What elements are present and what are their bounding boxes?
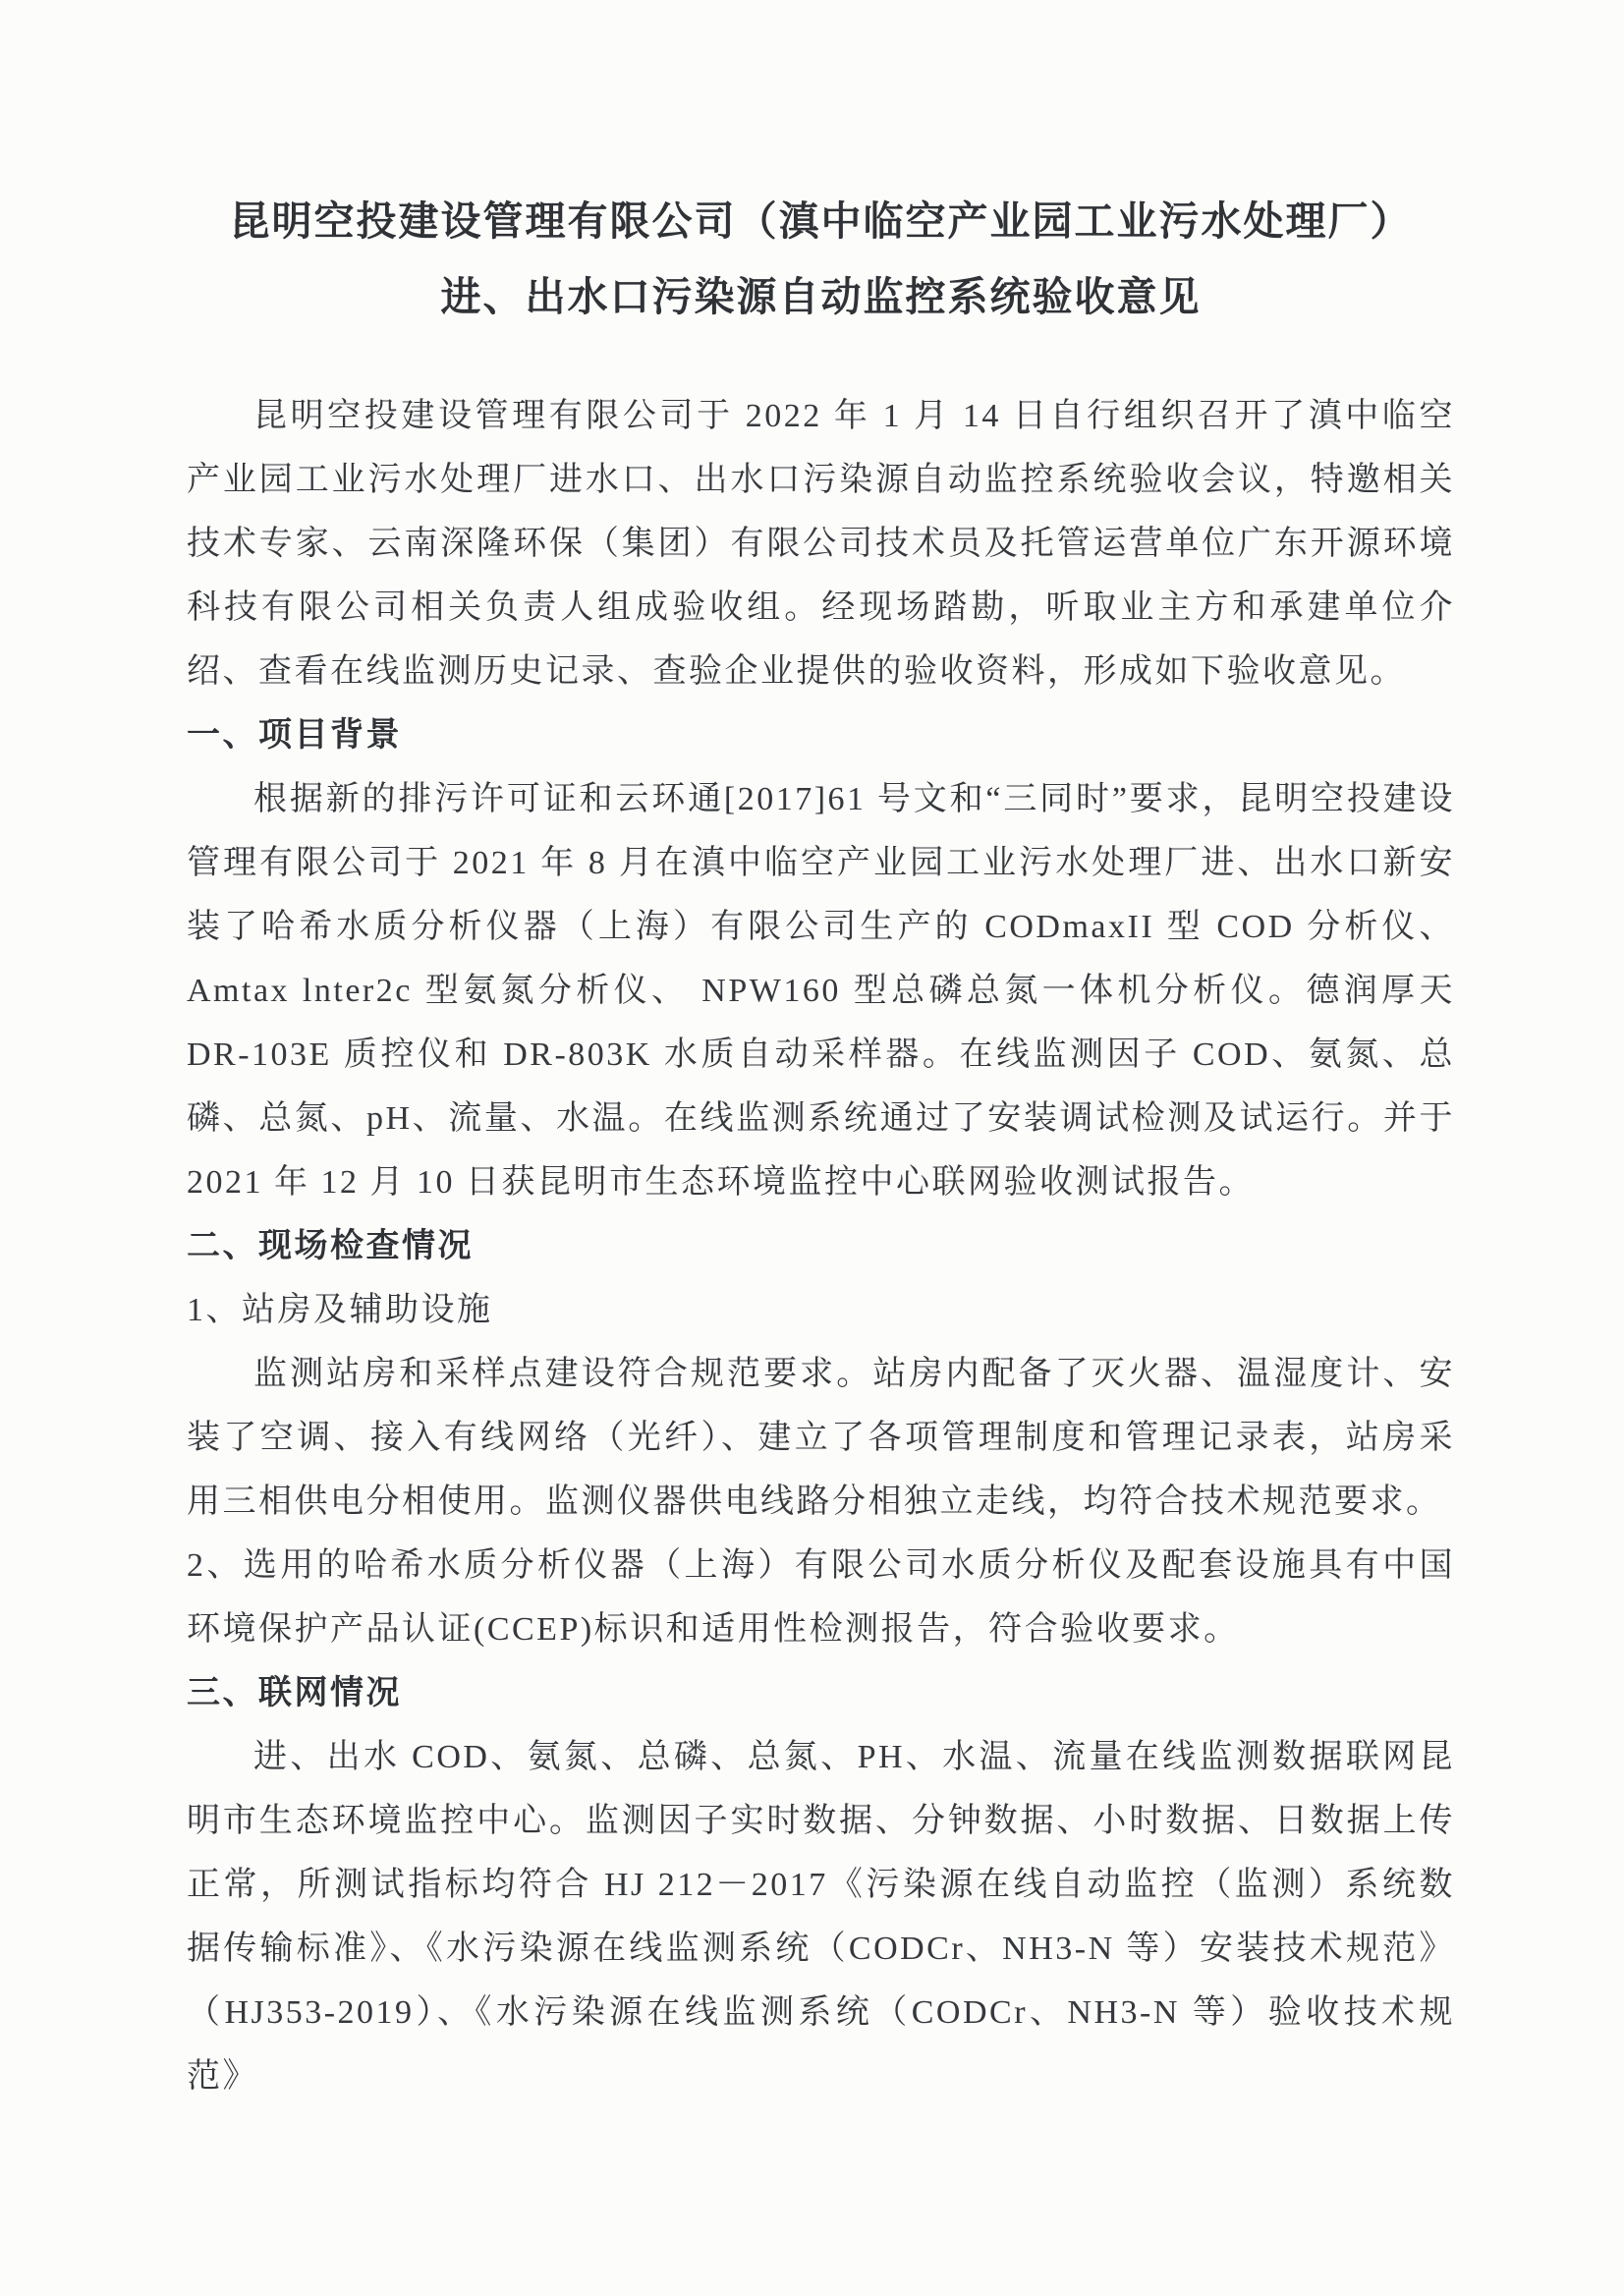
paragraph-station-facilities-detail: 监测站房和采样点建设符合规范要求。站房内配备了灭火器、温湿度计、安装了空调、接入… <box>187 1342 1455 1534</box>
list-item-station-facilities: 1、站房及辅助设施 <box>187 1278 1455 1342</box>
section-heading-site-inspection: 二、现场检查情况 <box>187 1214 1455 1278</box>
document-body: 昆明空投建设管理有限公司于 2022 年 1 月 14 日自行组织召开了滇中临空… <box>187 384 1455 2108</box>
section-heading-networking-status: 三、联网情况 <box>187 1661 1455 1725</box>
paragraph-meeting-intro: 昆明空投建设管理有限公司于 2022 年 1 月 14 日自行组织召开了滇中临空… <box>187 384 1455 703</box>
document-page: 昆明空投建设管理有限公司（滇中临空产业园工业污水处理厂） 进、出水口污染源自动监… <box>0 0 1624 2296</box>
document-title-line1: 昆明空投建设管理有限公司（滇中临空产业园工业污水处理厂） <box>187 196 1455 247</box>
paragraph-project-background: 根据新的排污许可证和云环通[2017]61 号文和“三同时”要求，昆明空投建设管… <box>187 767 1455 1214</box>
list-item-instrument-certification: 2、选用的哈希水质分析仪器（上海）有限公司水质分析仪及配套设施具有中国环境保护产… <box>187 1534 1455 1661</box>
paragraph-networking-status: 进、出水 COD、氨氮、总磷、总氮、PH、水温、流量在线监测数据联网昆明市生态环… <box>187 1725 1455 2108</box>
document-title-line2: 进、出水口污染源自动监控系统验收意见 <box>187 272 1455 322</box>
section-heading-project-background: 一、项目背景 <box>187 703 1455 767</box>
